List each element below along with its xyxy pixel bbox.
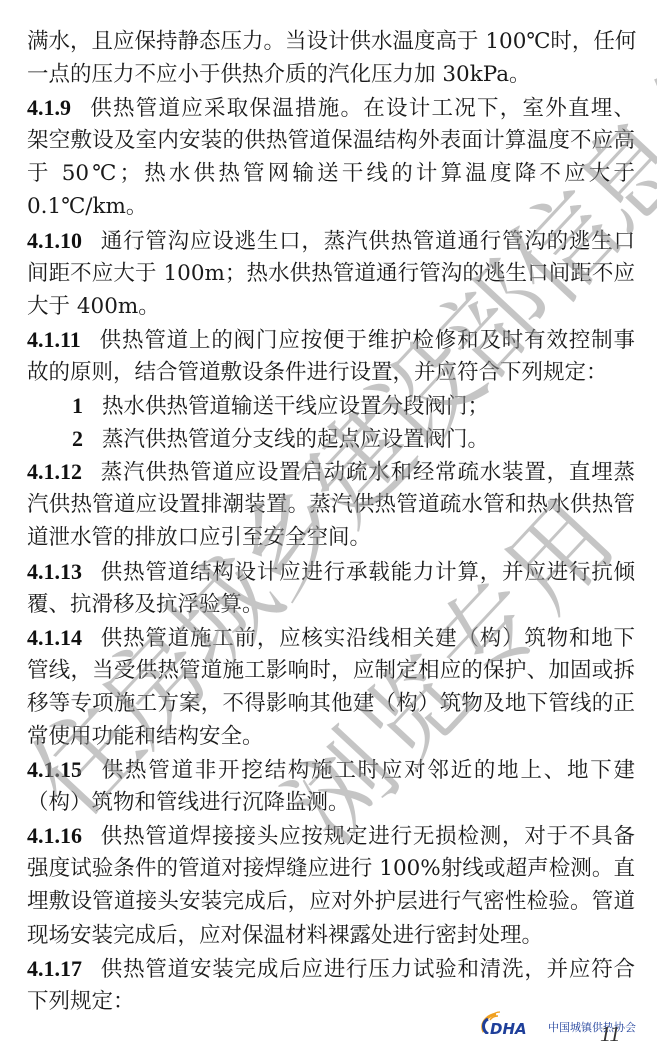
clause-4-1-11: 4.1.11供热管道上的阀门应按便于维护检修和及时有效控制事 xyxy=(27,323,635,356)
text-line: 覆、抗滑移及抗浮验算。 xyxy=(27,588,635,621)
clause-number: 4.1.13 xyxy=(27,555,82,588)
clause-text: 供热管道安装完成后应进行压力试验和清洗，并应符合 xyxy=(100,957,635,982)
clause-text: 供热管道焊接接头应按规定进行无损检测，对于不具备 xyxy=(100,824,635,849)
clause-number: 4.1.10 xyxy=(27,224,82,257)
text-line: 架空敷设及室内安装的供热管道保温结构外表面计算温度不应高 xyxy=(27,124,635,157)
logo-text: DHA xyxy=(490,1020,527,1038)
clause-number: 4.1.12 xyxy=(27,455,82,488)
text-line: 管线，当受供热管道施工影响时，应制定相应的保护、加固或拆 xyxy=(27,654,635,687)
clause-text: 通行管沟应设逃生口，蒸汽供热管道通行管沟的逃生口 xyxy=(100,229,635,254)
list-item: 1热水供热管道输送干线应设置分段阀门； xyxy=(27,389,635,422)
clause-4-1-15: 4.1.15供热管道非开挖结构施工时应对邻近的地上、地下建 xyxy=(27,753,635,786)
logo-mark: DHA xyxy=(478,1010,542,1040)
document-page: 满水，且应保持静态压力。当设计供水温度高于 100℃时，任何 一点的压力不应小于… xyxy=(0,0,657,1051)
clause-4-1-17: 4.1.17供热管道安装完成后应进行压力试验和清洗，并应符合 xyxy=(27,952,635,985)
text-line: 于 50℃；热水供热管网输送干线的计算温度降不应大于 xyxy=(27,157,635,190)
page-number: 11 xyxy=(600,1021,620,1047)
clause-number: 4.1.17 xyxy=(27,952,82,985)
clause-4-1-9: 4.1.9供热管道应采取保温措施。在设计工况下，室外直埋、 xyxy=(27,91,635,124)
text-line: 移等专项施工方案，不得影响其他建（构）筑物及地下管线的正 xyxy=(27,687,635,720)
clause-text: 供热管道非开挖结构施工时应对邻近的地上、地下建 xyxy=(100,758,635,783)
clause-text: 供热管道结构设计应进行承载能力计算，并应进行抗倾 xyxy=(100,560,635,585)
clause-4-1-13: 4.1.13供热管道结构设计应进行承载能力计算，并应进行抗倾 xyxy=(27,555,635,588)
clause-number: 4.1.15 xyxy=(27,753,82,786)
text-line: 间距不应大于 100m；热水供热管道通行管沟的逃生口间距不应 xyxy=(27,257,635,290)
text-line: 满水，且应保持静态压力。当设计供水温度高于 100℃时，任何 xyxy=(27,25,635,58)
clause-number: 4.1.16 xyxy=(27,819,82,852)
clause-number: 4.1.14 xyxy=(27,621,82,654)
text-line: 强度试验条件的管道对接焊缝应进行 100%射线或超声检测。直 xyxy=(27,852,635,885)
clause-4-1-16: 4.1.16供热管道焊接接头应按规定进行无损检测，对于不具备 xyxy=(27,819,635,852)
body-text: 满水，且应保持静态压力。当设计供水温度高于 100℃时，任何 一点的压力不应小于… xyxy=(27,25,635,1018)
item-text: 热水供热管道输送干线应设置分段阀门； xyxy=(102,394,489,419)
item-number: 1 xyxy=(72,389,102,422)
clause-4-1-10: 4.1.10通行管沟应设逃生口，蒸汽供热管道通行管沟的逃生口 xyxy=(27,224,635,257)
item-number: 2 xyxy=(72,422,102,455)
text-line: 埋敷设管道接头安装完成后，应对外护层进行气密性检验。管道 xyxy=(27,885,635,918)
text-line: 一点的压力不应小于供热介质的汽化压力加 30kPa。 xyxy=(27,58,635,91)
text-line: 0.1℃/km。 xyxy=(27,190,635,223)
clause-text: 供热管道施工前，应核实沿线相关建（构）筑物和地下 xyxy=(100,626,635,651)
clause-number: 4.1.9 xyxy=(27,91,71,124)
text-line: 汽供热管道应设置排潮装置。蒸汽供热管道疏水管和热水供热管 xyxy=(27,488,635,521)
item-text: 蒸汽供热管道分支线的起点应设置阀门。 xyxy=(102,427,489,452)
text-line: （构）筑物和管线进行沉降监测。 xyxy=(27,786,635,819)
clause-text: 供热管道应采取保温措施。在设计工况下，室外直埋、 xyxy=(89,96,635,121)
clause-text: 供热管道上的阀门应按便于维护检修和及时有效控制事 xyxy=(99,328,635,353)
text-line: 故的原则，结合管道敷设条件进行设置，并应符合下列规定： xyxy=(27,356,635,389)
list-item: 2蒸汽供热管道分支线的起点应设置阀门。 xyxy=(27,422,635,455)
text-line: 常使用功能和结构安全。 xyxy=(27,720,635,753)
text-line: 大于 400m。 xyxy=(27,290,635,323)
clause-4-1-12: 4.1.12蒸汽供热管道应设置启动疏水和经常疏水装置，直埋蒸 xyxy=(27,455,635,488)
clause-number: 4.1.11 xyxy=(27,323,81,356)
clause-4-1-14: 4.1.14供热管道施工前，应核实沿线相关建（构）筑物和地下 xyxy=(27,621,635,654)
text-line: 道泄水管的排放口应引至安全空间。 xyxy=(27,521,635,554)
text-line: 现场安装完成后，应对保温材料裸露处进行密封处理。 xyxy=(27,919,635,952)
clause-text: 蒸汽供热管道应设置启动疏水和经常疏水装置，直埋蒸 xyxy=(100,460,635,485)
logo-organization: 中国城镇供热协会 xyxy=(548,1019,636,1035)
